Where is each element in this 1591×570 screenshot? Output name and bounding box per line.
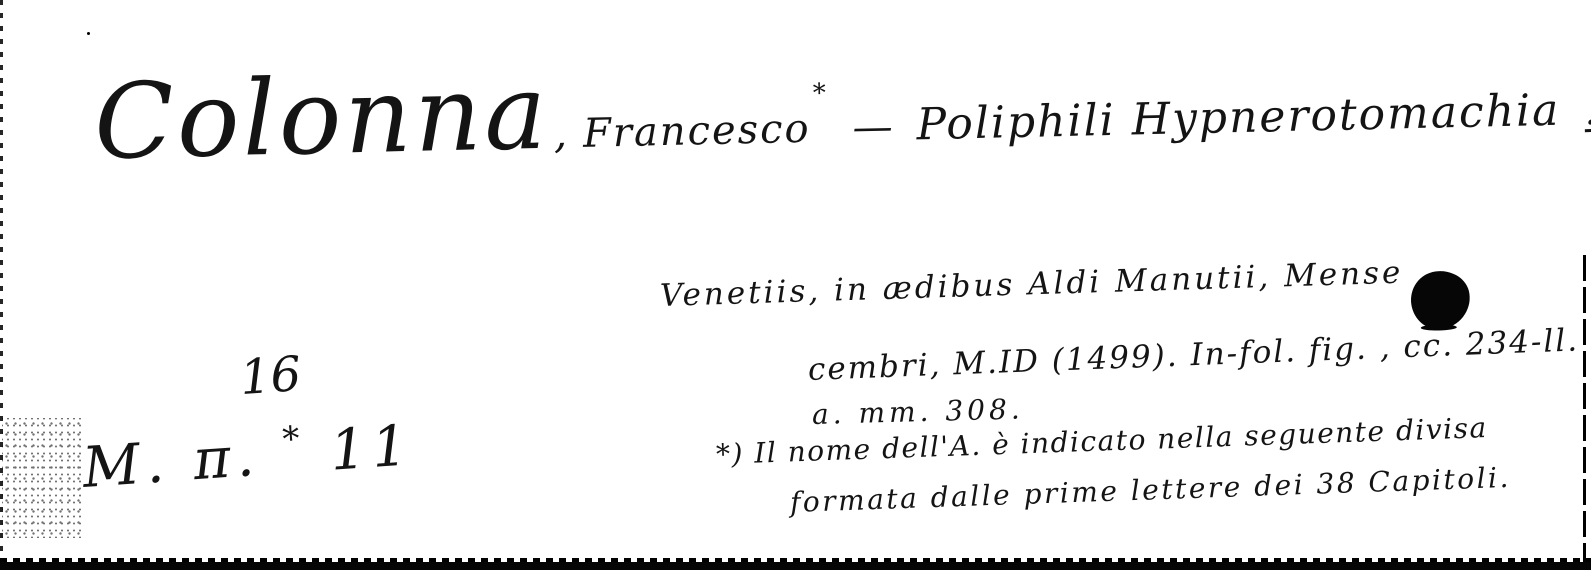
- stray-dot: [87, 32, 90, 35]
- bottom-scan-band: [0, 562, 1591, 570]
- author-comma: ,: [553, 108, 567, 157]
- shelfmark-letters: M. π.: [80, 424, 262, 501]
- author-surname: Colonna: [93, 60, 550, 174]
- footnote-line-2: formata dalle prime lettere dei 38 Capit…: [789, 461, 1511, 519]
- title-suffix: .t: [1584, 93, 1591, 133]
- right-edge-line: [1583, 255, 1586, 562]
- publication-line-3: a. mm. 308.: [812, 392, 1025, 431]
- publication-line-2: cembri, M.ID (1499). In-fol. fig. , cc. …: [807, 320, 1591, 388]
- footnote-marker: *: [812, 78, 826, 108]
- ink-blot: [1407, 267, 1473, 333]
- work-title: Poliphili Hypnerotomachia: [916, 85, 1561, 151]
- shelfmark-classmark: M. π. * 11: [80, 413, 415, 501]
- shelfmark-star: *: [281, 419, 307, 461]
- heading-dash: —: [852, 104, 893, 151]
- speckle-patch: [2, 418, 82, 538]
- author-given-name: Francesco: [583, 106, 812, 157]
- shelfmark-item-number: 11: [328, 413, 416, 484]
- heading-line: Colonna , Francesco * — Poliphili Hypner…: [93, 36, 1591, 174]
- catalog-card: Colonna , Francesco * — Poliphili Hypner…: [0, 0, 1591, 570]
- shelfmark-number: 16: [238, 346, 303, 406]
- publication-line-1: Venetiis, in ædibus Aldi Manutii, Mense: [659, 255, 1403, 314]
